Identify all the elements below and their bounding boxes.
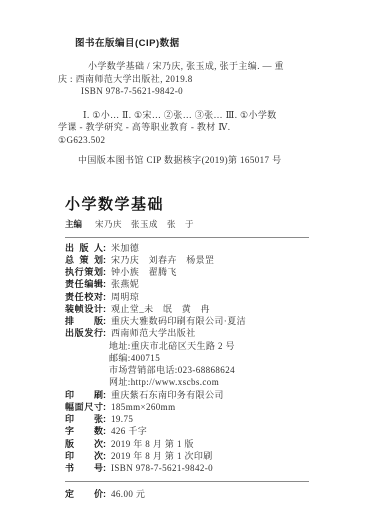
row-label: 执行策划 bbox=[65, 266, 103, 278]
row-value: 西南师范大学出版社 bbox=[111, 328, 196, 338]
row-colon: : bbox=[103, 390, 106, 400]
row-colon: : bbox=[103, 255, 106, 265]
row-colon: : bbox=[103, 463, 106, 473]
row-label: 排版 bbox=[65, 315, 103, 327]
row-colon: : bbox=[103, 402, 106, 412]
row-value: 426 千字 bbox=[111, 426, 147, 436]
row-label: 责任校对 bbox=[65, 291, 103, 303]
colophon-row: 书号:ISBN 978-7-5621-9842-0 bbox=[65, 462, 355, 474]
row-value: 2019 年 8 月 第 1 次印刷 bbox=[111, 451, 213, 461]
row-value: 宋乃庆 刘春卉 杨景罡 bbox=[111, 255, 214, 265]
colophon-row: 责任编辑:张燕妮 bbox=[65, 278, 355, 290]
colophon-row: 印刷:重庆紫石东南印务有限公司 bbox=[65, 389, 355, 401]
row-value: 观止堂_未 氓 黄 冉 bbox=[111, 304, 210, 314]
row-value: 2019 年 8 月 第 1 版 bbox=[111, 439, 194, 449]
row-label: 印次 bbox=[65, 450, 103, 462]
row-colon: : bbox=[103, 279, 106, 289]
colophon-row: 幅面尺寸:185mm×260mm bbox=[65, 401, 355, 413]
price-colon: : bbox=[103, 489, 106, 499]
colophon-row: 排版:重庆大雅数码印刷有限公司·夏洁 bbox=[65, 315, 355, 327]
cip-record-number: 中国版本图书馆 CIP 数据核字(2019)第 165017 号 bbox=[78, 154, 355, 167]
editors-names: 宋乃庆 张玉成 张 于 bbox=[95, 219, 194, 229]
row-value: 周明琼 bbox=[111, 292, 139, 302]
price-row: 定价:46.00 元 bbox=[65, 488, 355, 500]
cip-block: 图书在版编目(CIP)数据 小学数学基础 / 宋乃庆, 张玉成, 张于主编. —… bbox=[58, 38, 355, 167]
colophon-row: 责任校对:周明琼 bbox=[65, 291, 355, 303]
row-label: 出版发行 bbox=[65, 327, 103, 339]
colophon-subline: 网址:http://www.xscbs.com bbox=[109, 376, 355, 388]
row-colon: : bbox=[103, 292, 106, 302]
row-label: 出版人 bbox=[65, 242, 103, 254]
cip-class-line-3: ①G623.502 bbox=[58, 134, 355, 147]
row-value: 19.75 bbox=[111, 414, 133, 424]
copyright-page: 图书在版编目(CIP)数据 小学数学基础 / 宋乃庆, 张玉成, 张于主编. —… bbox=[0, 0, 375, 527]
row-label: 装帧设计 bbox=[65, 303, 103, 315]
colophon-row: 版次:2019 年 8 月 第 1 版 bbox=[65, 438, 355, 450]
row-colon: : bbox=[103, 439, 106, 449]
colophon-row: 出版人:米加德 bbox=[65, 242, 355, 254]
colophon-subline: 地址:重庆市北碚区天生路 2 号 bbox=[109, 340, 355, 352]
row-value: 185mm×260mm bbox=[111, 402, 175, 412]
row-label: 幅面尺寸 bbox=[65, 401, 103, 413]
price-label: 定价 bbox=[65, 488, 103, 500]
row-colon: : bbox=[103, 426, 106, 436]
row-colon: : bbox=[103, 414, 106, 424]
cip-class-line-1: Ⅰ. ①小… Ⅱ. ①宋… ②张… ③张… Ⅲ. ①小学数 bbox=[58, 109, 355, 122]
colophon-row: 总策划:宋乃庆 刘春卉 杨景罡 bbox=[65, 254, 355, 266]
colophon-row: 字数:426 千字 bbox=[65, 425, 355, 437]
colophon-row: 印张:19.75 bbox=[65, 413, 355, 425]
divider-bottom bbox=[65, 481, 309, 482]
row-label: 责任编辑 bbox=[65, 278, 103, 290]
row-colon: : bbox=[103, 316, 106, 326]
row-colon: : bbox=[103, 304, 106, 314]
divider-top bbox=[65, 237, 309, 238]
price-value: 46.00 元 bbox=[111, 489, 145, 499]
row-value: 重庆紫石东南印务有限公司 bbox=[111, 390, 224, 400]
row-colon: : bbox=[103, 451, 106, 461]
colophon-subline: 邮编:400715 bbox=[109, 352, 355, 364]
cip-classification: Ⅰ. ①小… Ⅱ. ①宋… ②张… ③张… Ⅲ. ①小学数 学课 - 教学研究 … bbox=[58, 109, 355, 147]
cip-description: 小学数学基础 / 宋乃庆, 张玉成, 张于主编. — 重 庆 : 西南师范大学出… bbox=[58, 60, 355, 98]
row-colon: : bbox=[103, 243, 106, 253]
row-value: 重庆大雅数码印刷有限公司·夏洁 bbox=[111, 316, 246, 326]
row-value: ISBN 978-7-5621-9842-0 bbox=[111, 463, 213, 473]
title-block: 小学数学基础 主编宋乃庆 张玉成 张 于 bbox=[58, 196, 355, 230]
colophon-row: 装帧设计:观止堂_未 氓 黄 冉 bbox=[65, 303, 355, 315]
cip-line-2: 庆 : 西南师范大学出版社, 2019.8 bbox=[58, 73, 355, 86]
cip-isbn: ISBN 978-7-5621-9842-0 bbox=[58, 85, 355, 98]
row-label: 总策划 bbox=[65, 254, 103, 266]
row-label: 字数 bbox=[65, 425, 103, 437]
row-label: 印刷 bbox=[65, 389, 103, 401]
cip-class-line-2: 学课 - 教学研究 - 高等职业教育 - 教材 Ⅳ. bbox=[58, 121, 355, 134]
book-title: 小学数学基础 bbox=[65, 196, 355, 214]
editors-label: 主编 bbox=[65, 219, 82, 229]
row-label: 印张 bbox=[65, 413, 103, 425]
colophon-subline: 市场营销部电话:023-68868624 bbox=[109, 364, 355, 376]
row-label: 书号 bbox=[65, 462, 103, 474]
row-label: 版次 bbox=[65, 438, 103, 450]
row-colon: : bbox=[103, 267, 106, 277]
colophon-list: 出版人:米加德总策划:宋乃庆 刘春卉 杨景罡执行策划:钟小族 翟腾飞责任编辑:张… bbox=[58, 242, 355, 475]
row-value: 张燕妮 bbox=[111, 279, 139, 289]
editors-line: 主编宋乃庆 张玉成 张 于 bbox=[65, 219, 355, 230]
row-value: 米加德 bbox=[111, 243, 139, 253]
colophon-row: 印次:2019 年 8 月 第 1 次印刷 bbox=[65, 450, 355, 462]
row-colon: : bbox=[103, 328, 106, 338]
colophon-row: 出版发行:西南师范大学出版社 bbox=[65, 327, 355, 339]
colophon-row: 执行策划:钟小族 翟腾飞 bbox=[65, 266, 355, 278]
cip-header: 图书在版编目(CIP)数据 bbox=[75, 38, 355, 50]
row-value: 钟小族 翟腾飞 bbox=[111, 267, 177, 277]
cip-line-1: 小学数学基础 / 宋乃庆, 张玉成, 张于主编. — 重 bbox=[58, 60, 355, 73]
